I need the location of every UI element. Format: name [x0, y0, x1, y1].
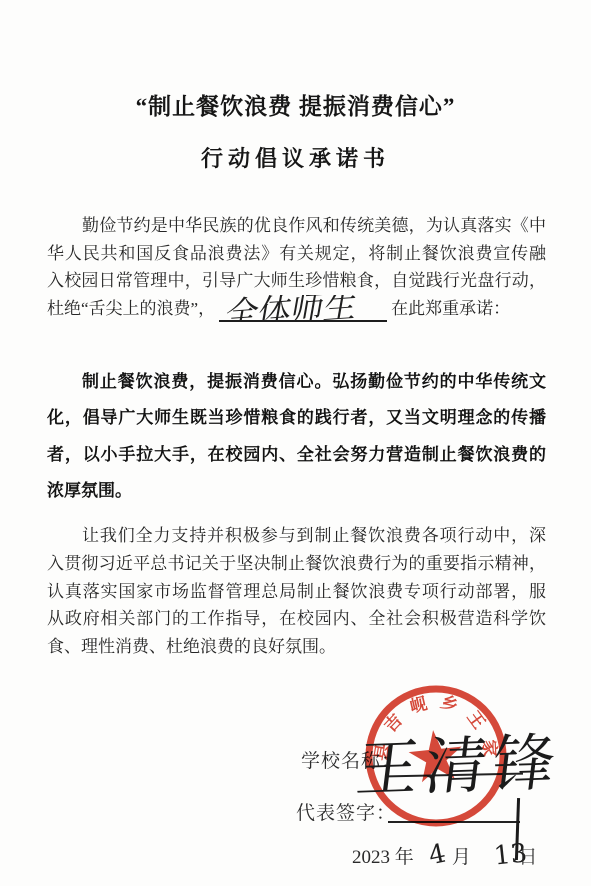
text-line: 者，以小手拉大手，在校园内、全社会努力营造制止餐饮浪费的 [47, 437, 546, 473]
paragraph-commitment: 让我们全力支持并积极参与到制止餐饮浪费各项行动中，深 入贯彻习近平总书记关于坚决… [47, 522, 546, 661]
signature-block: 学校名称： 代表签字： 县吉岘乡王家 王清锋 2023 年 4 月 13 日 [0, 680, 591, 886]
pledge-document-page: “制止餐饮浪费 提振消费信心” 行动倡议承诺书 勤俭节约是中华民族的优良作风和传… [0, 0, 591, 886]
tail-text-before: 杜绝“舌尖上的浪费”， [47, 295, 215, 323]
text-line: 从政府相关部门的工作指导，在校园内、全社会积极营造科学饮 [47, 605, 546, 633]
text-line: 让我们全力支持并积极参与到制止餐饮浪费各项行动中，深 [47, 522, 546, 550]
paragraph-pledge-bold: 制止餐饮浪费，提振消费信心。弘扬勤俭节约的中华传统文 化，倡导广大师生既当珍惜粮… [47, 364, 546, 510]
text-line: 入贯彻习近平总书记关于坚决制止餐饮浪费行为的重要指示精神， [47, 550, 546, 578]
document-title-line1: “制止餐饮浪费 提振消费信心” [0, 88, 591, 121]
date-line: 2023 年 4 月 13 日 [352, 840, 537, 870]
text-line: 食、理性消费、杜绝浪费的良好氛围。 [47, 633, 546, 661]
paragraph-preamble: 勤俭节约是中华民族的优良作风和传统美德，为认真落实《中 华人民共和国反食品浪费法… [47, 212, 546, 322]
date-month-handwritten: 4 [426, 839, 448, 872]
representative-signature: 王清锋 [352, 712, 567, 809]
text-line: 制止餐饮浪费，提振消费信心。弘扬勤俭节约的中华传统文 [47, 364, 546, 400]
date-month-label: 月 [452, 847, 471, 868]
text-line: 华人民共和国反食品浪费法》有关规定，将制止餐饮浪费宣传融 [47, 240, 546, 268]
tail-text-after: 在此郑重承诺： [391, 295, 510, 323]
document-title-line2: 行动倡议承诺书 [0, 142, 591, 173]
date-day-label: 日 [518, 847, 537, 868]
date-year: 2023 年 [352, 847, 414, 868]
text-line: 化，倡导广大师生既当珍惜粮食的践行者，又当文明理念的传播 [47, 400, 546, 436]
fill-in-blank-underline: 全体师生 [219, 296, 387, 322]
text-line-with-blank: 杜绝“舌尖上的浪费”， 全体师生 在此郑重承诺： [47, 295, 546, 323]
text-line: 勤俭节约是中华民族的优良作风和传统美德，为认真落实《中 [47, 212, 546, 240]
text-line: 入校园日常管理中，引导广大师生珍惜粮食，自觉践行光盘行动， [47, 267, 546, 295]
text-line: 浓厚氛围。 [47, 473, 546, 509]
text-line: 认真落实国家市场监督管理总局制止餐饮浪费专项行动部署，服 [47, 578, 546, 606]
handwritten-fill: 全体师生 [223, 295, 360, 323]
